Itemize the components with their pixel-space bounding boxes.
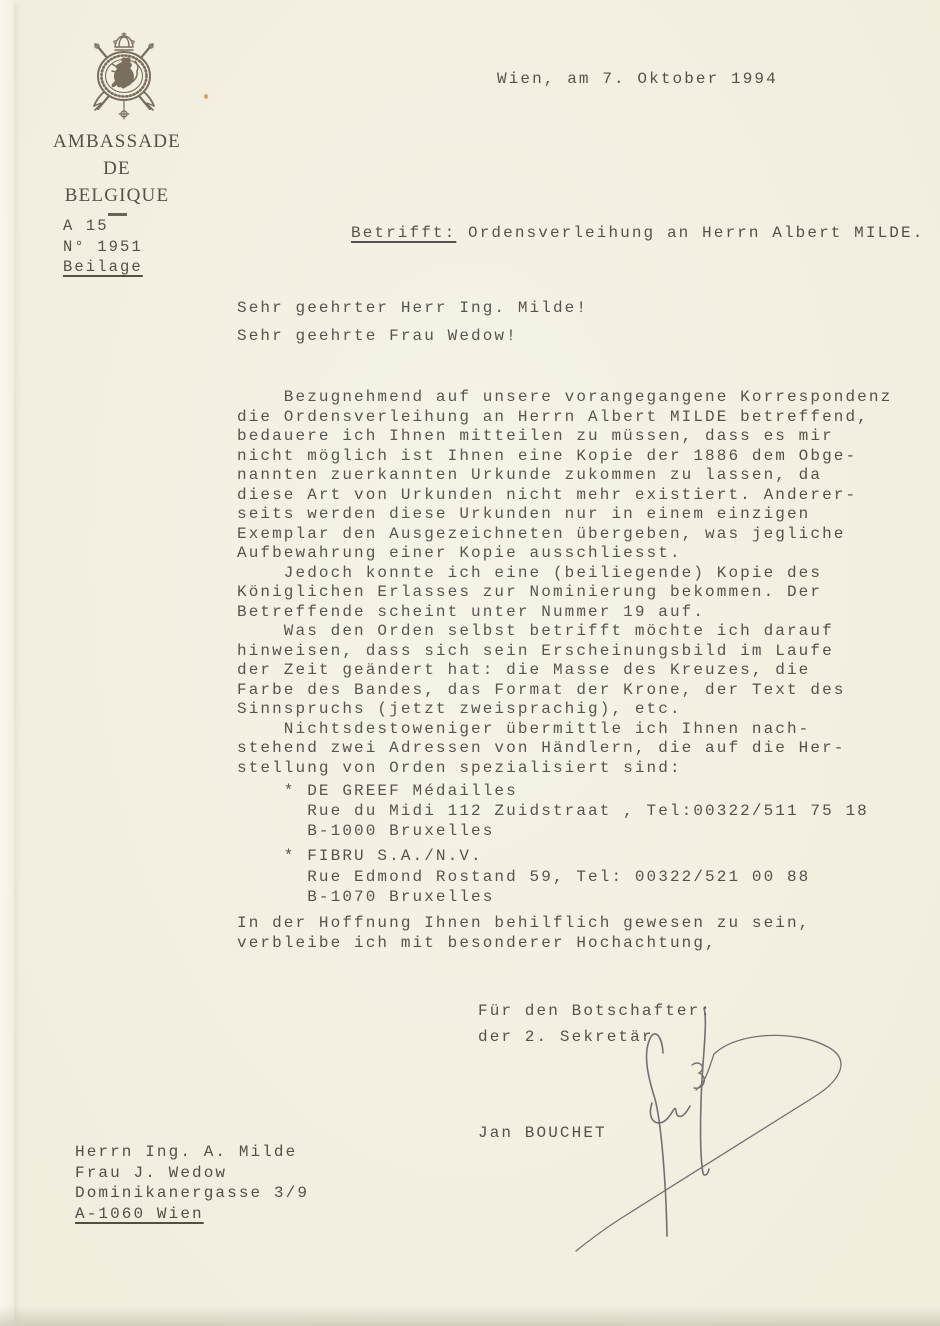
subject-line: Betrifft: Ordensverleihung an Herrn Albe… — [351, 224, 924, 244]
recipient-city-line: A-1060 Wien — [75, 1204, 309, 1225]
ref-enclosure-note: Beilage — [63, 258, 143, 276]
belgian-coat-of-arms-icon — [84, 30, 164, 124]
recipient-line: Dominikanergasse 3/9 — [75, 1183, 309, 1204]
salutation: Sehr geehrter Herr Ing. Milde! Sehr geeh… — [237, 295, 588, 350]
letter-page: AMBASSADE DE BELGIQUE A 15N° 1951Beilage… — [0, 0, 940, 1326]
recipient-address: Herrn Ing. A. Milde Frau J. Wedow Domini… — [75, 1142, 309, 1224]
letterhead-org-line: AMBASSADE — [45, 128, 189, 155]
subject-label: Betrifft: — [351, 224, 456, 242]
subject-text: Ordensverleihung an Herrn Albert MILDE. — [456, 224, 924, 242]
handwritten-signature — [565, 980, 875, 1265]
ref-document-number: N° 1951 — [63, 238, 143, 256]
recipient-line: Herrn Ing. A. Milde — [75, 1142, 309, 1163]
vendor-address-2: * FIBRU S.A./N.V. Rue Edmond Rostand 59,… — [237, 846, 810, 908]
letterhead: AMBASSADE DE BELGIQUE — [45, 128, 189, 216]
ref-file-number: A 15 — [63, 217, 109, 235]
reference-block: A 15N° 1951Beilage — [63, 216, 143, 278]
date-line: Wien, am 7. Oktober 1994 — [497, 70, 778, 90]
body-paragraphs: Bezugnehmend auf unsere vorangegangene K… — [237, 388, 892, 778]
letterhead-org-line: DE — [45, 155, 189, 182]
scan-edge-left — [0, 0, 14, 1326]
letterhead-org-line: BELGIQUE — [45, 182, 189, 209]
vendor-address-1: * DE GREEF Médailles Rue du Midi 112 Zui… — [237, 781, 869, 841]
closing-lines: In der Hoffnung Ihnen behilflich gewesen… — [237, 913, 810, 953]
scan-edge-bottom — [0, 1306, 940, 1326]
paper-speck — [204, 94, 208, 99]
recipient-line: Frau J. Wedow — [75, 1163, 309, 1184]
